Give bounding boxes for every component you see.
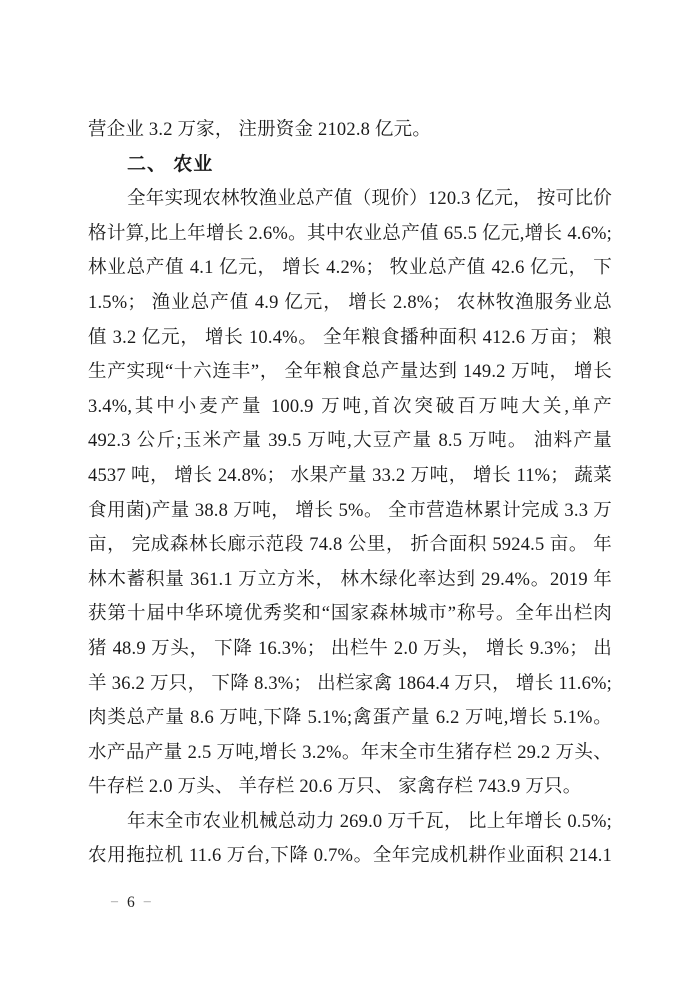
text-line: 全年实现农林牧渔业总产值（现价）120.3 亿元， 按可比价 (88, 182, 612, 217)
text-line: 4537 吨， 增长 24.8%； 水果产量 33.2 万吨， 增长 11%； … (88, 459, 612, 494)
text-line: 格计算,比上年增长 2.6%。其中农业总产值 65.5 亿元,增长 4.6%; (88, 217, 612, 252)
page-number-left-dash: – (111, 894, 118, 910)
text-line: 生产实现“十六连丰”， 全年粮食总产量达到 149.2 万吨， 增长 (88, 355, 612, 390)
page-number: – 6 – (111, 894, 151, 912)
text-line: 值 3.2 亿元， 增长 10.4%。 全年粮食播种面积 412.6 万亩； 粮… (88, 321, 612, 356)
text-line: 牛存栏 2.0 万头、 羊存栏 20.6 万只、 家禽存栏 743.9 万只。 (88, 770, 612, 805)
text-line: 羊 36.2 万只， 下降 8.3%； 出栏家禽 1864.4 万只， 增长 1… (88, 667, 612, 702)
text-line: 猪 48.9 万头， 下降 16.3%； 出栏牛 2.0 万头， 增长 9.3%… (88, 632, 612, 667)
text-line: 林业总产值 4.1 亿元， 增长 4.2%； 牧业总产值 42.6 亿元， 下降 (88, 251, 612, 286)
text-line: 3.4%,其中小麦产量 100.9 万吨,首次突破百万吨大关,单产 (88, 390, 612, 425)
text-line: 年末全市农业机械总动力 269.0 万千瓦， 比上年增长 0.5%; (88, 805, 612, 840)
page-number-right-dash: – (144, 894, 151, 910)
text-line: 农用拖拉机 11.6 万台,下降 0.7%。全年完成机耕作业面积 214.1 (88, 839, 612, 874)
text-line: 食用菌)产量 38.8 万吨， 增长 5%。 全市营造林累计完成 3.3 万 (88, 494, 612, 529)
text-line: 营企业 3.2 万家， 注册资金 2102.8 亿元。 (88, 113, 612, 148)
section-heading: 二、 农业 (88, 148, 612, 183)
page-number-value: 6 (127, 894, 135, 912)
text-line: 水产品产量 2.5 万吨,增长 3.2%。年末全市生猪存栏 29.2 万头、 (88, 736, 612, 771)
text-line: 肉类总产量 8.6 万吨,下降 5.1%;禽蛋产量 6.2 万吨,增长 5.1%… (88, 701, 612, 736)
text-line: 1.5%； 渔业总产值 4.9 亿元， 增长 2.8%； 农林牧渔服务业总产 (88, 286, 612, 321)
text-line: 获第十届中华环境优秀奖和“国家森林城市”称号。全年出栏肉 (88, 597, 612, 632)
text-line: 亩， 完成森林长廊示范段 74.8 公里， 折合面积 5924.5 亩。 年末 (88, 528, 612, 563)
text-line: 492.3 公斤;玉米产量 39.5 万吨,大豆产量 8.5 万吨。 油料产量 (88, 424, 612, 459)
text-line: 林木蓄积量 361.1 万立方米， 林木绿化率达到 29.4%。2019 年荣 (88, 563, 612, 598)
document-page: 营企业 3.2 万家， 注册资金 2102.8 亿元。 二、 农业 全年实现农林… (0, 0, 700, 990)
document-body: 营企业 3.2 万家， 注册资金 2102.8 亿元。 二、 农业 全年实现农林… (88, 113, 612, 874)
